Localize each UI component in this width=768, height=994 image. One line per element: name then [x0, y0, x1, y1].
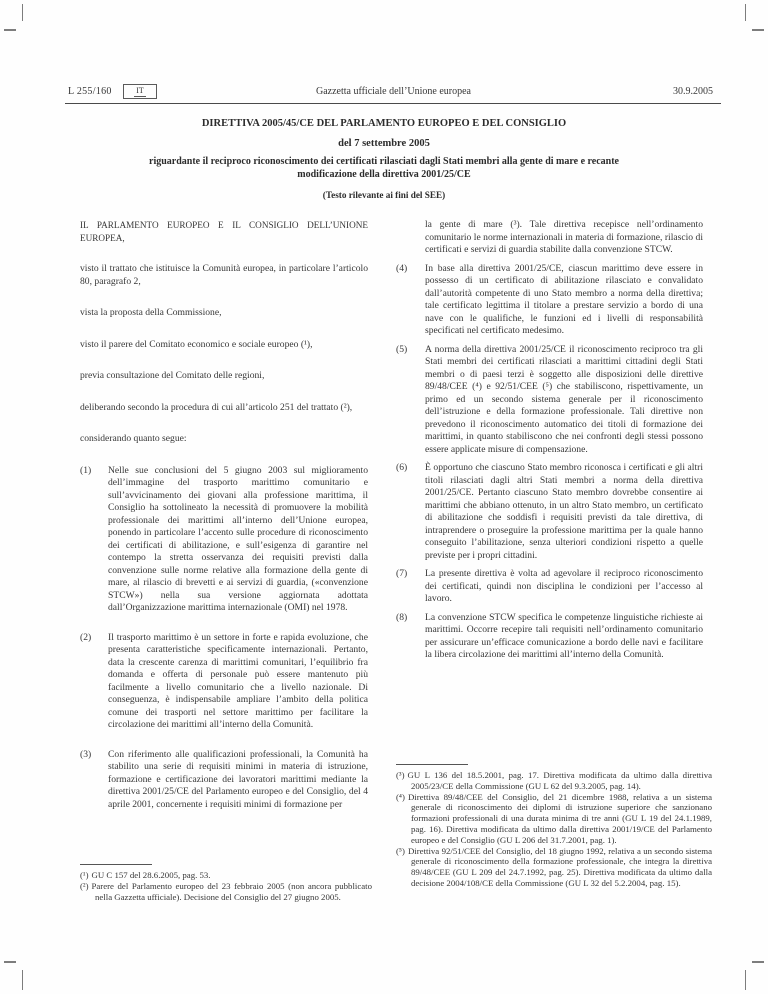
- footnote-text: GU L 136 del 18.5.2001, pag. 17. Diretti…: [408, 770, 713, 791]
- journal-title: Gazzetta ufficiale dell’Unione europea: [66, 86, 721, 97]
- header-rule: [65, 103, 721, 104]
- crop-mark-top-left-vertical: [22, 4, 23, 21]
- recital-number: (8): [396, 612, 425, 662]
- footnote-rule: [80, 864, 152, 865]
- recital-number: (6): [396, 462, 425, 562]
- footnote-5: (⁵)Direttiva 92/51/CEE del Consiglio, de…: [396, 846, 712, 889]
- footnote-marker: (¹): [80, 870, 89, 880]
- recital-number: (3): [80, 749, 108, 812]
- footnote-marker: (²): [80, 881, 89, 891]
- preamble-citation-proposal: vista la proposta della Commissione,: [80, 307, 368, 320]
- recital-text: La convenzione STCW specifica le compete…: [425, 612, 703, 662]
- footnote-text: GU C 157 del 28.6.2005, pag. 53.: [92, 870, 211, 880]
- recital-number: (5): [396, 344, 425, 457]
- preamble-citation-treaty: visto il trattato che istituisce la Comu…: [80, 263, 368, 288]
- recital-6: (6) È opportuno che ciascuno Stato membr…: [396, 462, 703, 562]
- crop-mark-bottom-left-vertical: [22, 970, 23, 990]
- preamble-citation-eesc: visto il parere del Comitato economico e…: [80, 339, 368, 352]
- recital-text: Il trasporto marittimo è un settore in f…: [108, 632, 368, 732]
- recital-8: (8) La convenzione STCW specifica le com…: [396, 612, 703, 662]
- title-block: DIRETTIVA 2005/45/CE DEL PARLAMENTO EURO…: [56, 117, 712, 201]
- publication-date: 30.9.2005: [673, 86, 713, 97]
- recital-text: La presente direttiva è volta ad agevola…: [425, 568, 703, 606]
- recital-7: (7) La presente direttiva è volta ad age…: [396, 568, 703, 606]
- footnote-text: Direttiva 89/48/CEE del Consiglio, del 2…: [408, 792, 712, 845]
- crop-mark-bottom-right-horizontal: [752, 961, 764, 963]
- recital-text: Nelle sue conclusioni del 5 giugno 2003 …: [108, 465, 368, 615]
- footnote-2: (²)Parere del Parlamento europeo del 23 …: [80, 881, 372, 903]
- recital-5: (5) A norma della direttiva 2001/25/CE i…: [396, 344, 703, 457]
- preamble-considering: considerando quanto segue:: [80, 433, 368, 446]
- recital-text: Con riferimento alle qualificazioni prof…: [108, 749, 368, 812]
- footnote-text: Direttiva 92/51/CEE del Consiglio, del 1…: [408, 846, 712, 888]
- right-footnotes: (³)GU L 136 del 18.5.2001, pag. 17. Dire…: [396, 764, 712, 984]
- left-column: IL PARLAMENTO EUROPEO E IL CONSIGLIO DEL…: [80, 219, 368, 863]
- recital-3-continuation: la gente di mare (³). Tale direttiva rec…: [425, 219, 703, 257]
- recital-number: (1): [80, 465, 108, 615]
- recital-text: In base alla direttiva 2001/25/CE, ciasc…: [425, 263, 703, 338]
- left-footnotes: (¹)GU C 157 del 28.6.2005, pag. 53. (²)P…: [80, 864, 372, 984]
- right-column: la gente di mare (³). Tale direttiva rec…: [396, 219, 703, 763]
- footnote-marker: (⁴): [396, 792, 405, 802]
- recital-2: (2) Il trasporto marittimo è un settore …: [80, 632, 368, 732]
- footnote-marker: (⁵): [396, 846, 405, 856]
- footnote-1: (¹)GU C 157 del 28.6.2005, pag. 53.: [80, 870, 372, 881]
- recital-4: (4) In base alla direttiva 2001/25/CE, c…: [396, 263, 703, 338]
- footnote-text: Parere del Parlamento europeo del 23 feb…: [92, 881, 373, 902]
- recital-text: È opportuno che ciascuno Stato membro ri…: [425, 462, 703, 562]
- page-header: L 255/160 IT Gazzetta ufficiale dell’Uni…: [66, 85, 721, 101]
- crop-mark-top-right-vertical: [745, 4, 746, 21]
- directive-title: DIRETTIVA 2005/45/CE DEL PARLAMENTO EURO…: [56, 117, 712, 130]
- crop-mark-top-left-horizontal: [4, 29, 16, 31]
- official-journal-page: L 255/160 IT Gazzetta ufficiale dell’Uni…: [0, 0, 768, 994]
- recital-number: (7): [396, 568, 425, 606]
- recital-text: A norma della direttiva 2001/25/CE il ri…: [425, 344, 703, 457]
- recital-1: (1) Nelle sue conclusioni del 5 giugno 2…: [80, 465, 368, 615]
- directive-date: del 7 settembre 2005: [56, 137, 712, 150]
- eea-relevance-note: (Testo rilevante ai fini del SEE): [56, 189, 712, 201]
- footnote-3: (³)GU L 136 del 18.5.2001, pag. 17. Dire…: [396, 770, 712, 792]
- preamble-citation-procedure: deliberando secondo la procedura di cui …: [80, 402, 368, 415]
- recital-3: (3) Con riferimento alle qualificazioni …: [80, 749, 368, 812]
- recital-number: (2): [80, 632, 108, 732]
- crop-mark-top-right-horizontal: [752, 29, 764, 31]
- footnote-marker: (³): [396, 770, 405, 780]
- recital-number: (4): [396, 263, 425, 338]
- crop-mark-bottom-right-vertical: [745, 970, 746, 990]
- footnote-4: (⁴)Direttiva 89/48/CEE del Consiglio, de…: [396, 792, 712, 846]
- preamble-citation-regions: previa consultazione del Comitato delle …: [80, 370, 368, 383]
- preamble-parties: IL PARLAMENTO EUROPEO E IL CONSIGLIO DEL…: [80, 219, 368, 244]
- crop-mark-bottom-left-horizontal: [4, 961, 16, 963]
- footnote-rule: [396, 764, 468, 765]
- directive-subject: riguardante il reciproco riconoscimento …: [132, 156, 637, 181]
